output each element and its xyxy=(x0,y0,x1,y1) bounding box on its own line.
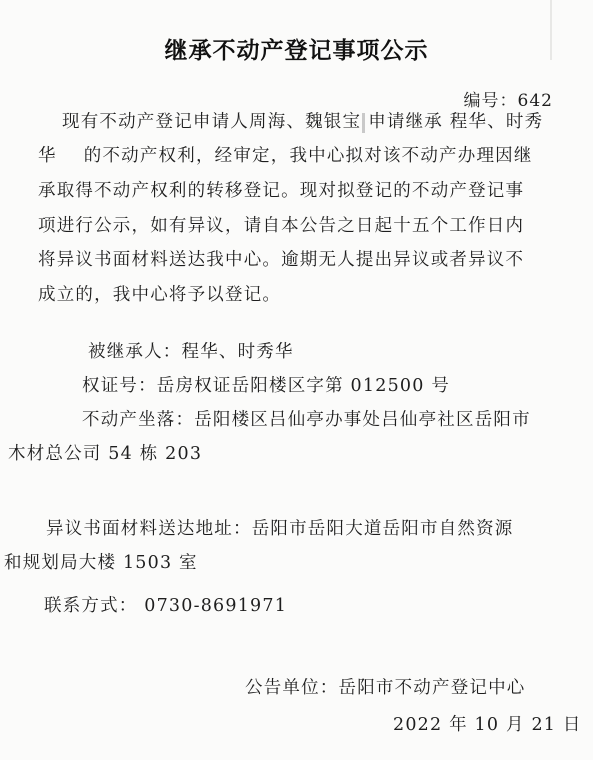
date-line: 2022 年 10 月 21 日 xyxy=(393,711,582,736)
objection-address-line-1: 异议书面材料送达地址：岳阳市岳阳大道岳阳市自然资源 xyxy=(46,515,514,540)
body-line-6: 成立的，我中心将予以登记。 xyxy=(38,281,281,306)
body-line-2: 华 的不动产权利，经审定，我中心拟对该不动产办理因继 xyxy=(38,142,533,167)
certificate-line: 权证号：岳房权证岳阳楼区字第 012500 号 xyxy=(82,372,450,397)
contact-line: 联系方式： 0730-8691971 xyxy=(44,592,287,617)
objection-address-line-2: 和规划局大楼 1503 室 xyxy=(4,549,198,574)
body-line-5: 将异议书面材料送达我中心。逾期无人提出异议或者异议不 xyxy=(38,246,524,271)
body-line-4: 项进行公示，如有异议，请自本公告之日起十五个工作日内 xyxy=(38,212,524,237)
body-line-1a: 现有不动产登记申请人周海、魏银宝 xyxy=(62,112,361,132)
body-line-1: 现有不动产登记申请人周海、魏银宝申请继承 程华、时秀 xyxy=(62,108,543,133)
notice-page: 继承不动产登记事项公示 编号：642 现有不动产登记申请人周海、魏银宝申请继承 … xyxy=(0,0,593,760)
location-line-2: 木材总公司 54 栋 203 xyxy=(8,440,202,465)
body-line-3: 承取得不动产权利的转移登记。现对拟登记的不动产登记事 xyxy=(38,177,524,202)
page-title: 继承不动产登记事项公示 xyxy=(0,32,593,65)
location-line-1: 不动产坐落：岳阳楼区吕仙亭办事处吕仙亭社区岳阳市 xyxy=(82,406,531,431)
text-cursor-mark xyxy=(362,113,365,133)
body-line-1b: 申请继承 程华、时秀 xyxy=(368,112,543,132)
issuer-line: 公告单位：岳阳市不动产登记中心 xyxy=(245,674,526,699)
decedent-line: 被继承人：程华、时秀华 xyxy=(88,338,294,363)
